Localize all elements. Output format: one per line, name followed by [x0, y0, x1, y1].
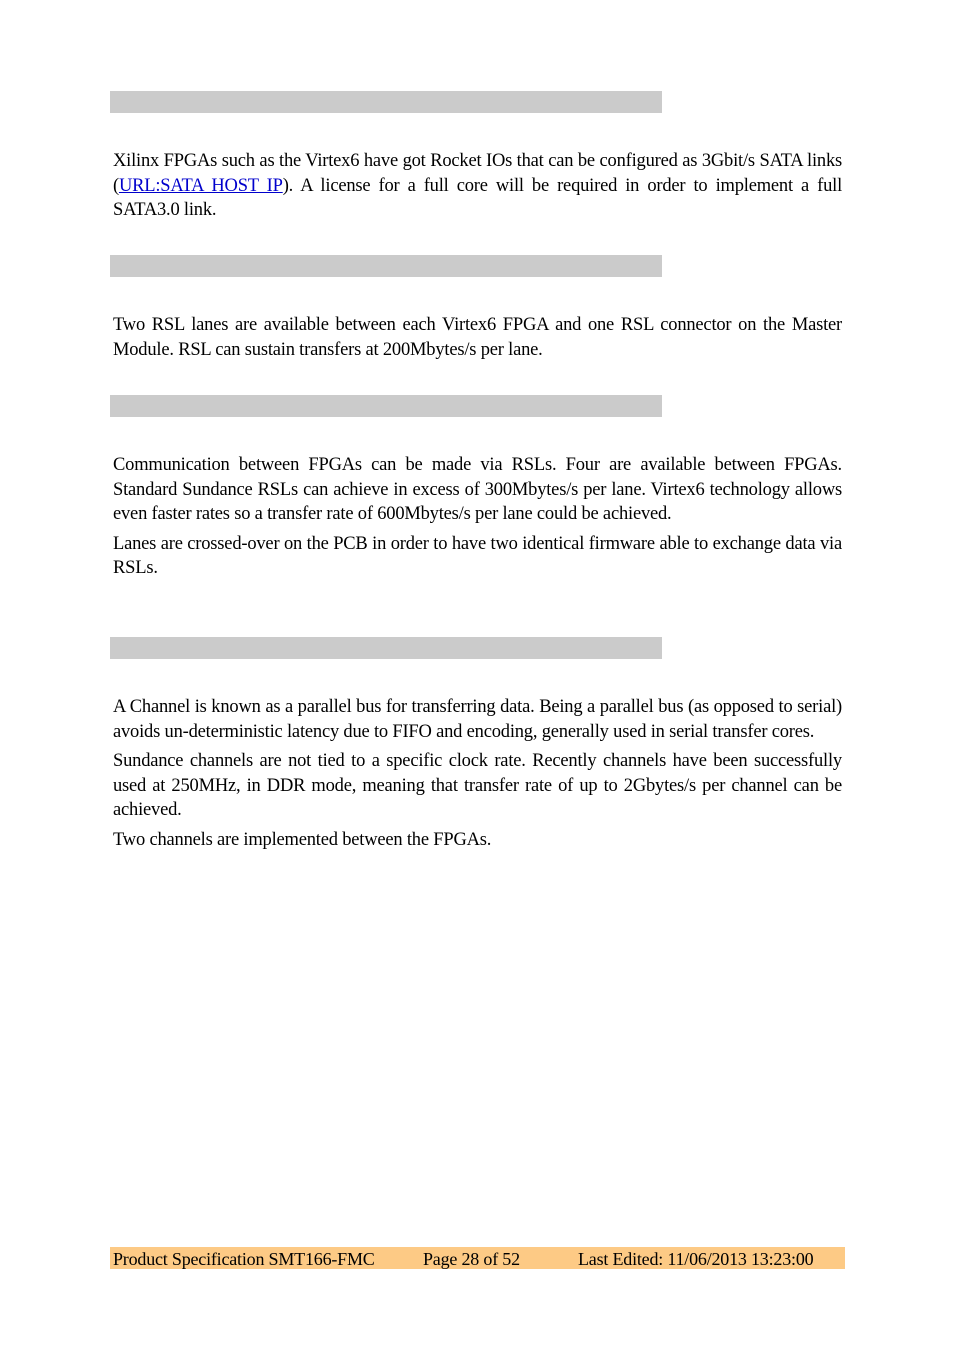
page-footer: Product Specification SMT166-FMC Page 28…	[110, 1247, 845, 1269]
paragraph: Two RSL lanes are available between each…	[113, 313, 842, 362]
paragraph: Sundance channels are not tied to a spec…	[113, 749, 842, 823]
section-heading-bar-rsl-master	[110, 255, 662, 277]
section-heading-bar-sata	[110, 91, 662, 113]
section-body-rsl-master: Two RSL lanes are available between each…	[113, 313, 842, 367]
section-body-channels: A Channel is known as a parallel bus for…	[113, 695, 842, 857]
section-heading-bar-inter-fpga-rsl	[110, 395, 662, 417]
section-body-inter-fpga-rsl: Communication between FPGAs can be made …	[113, 453, 842, 586]
paragraph: Two channels are implemented between the…	[113, 828, 842, 853]
footer-page-number: Page 28 of 52	[423, 1247, 520, 1271]
footer-document-title: Product Specification SMT166-FMC	[113, 1247, 375, 1271]
section-body-sata: Xilinx FPGAs such as the Virtex6 have go…	[113, 149, 842, 228]
paragraph: A Channel is known as a parallel bus for…	[113, 695, 842, 744]
sata-host-ip-link[interactable]: URL:SATA HOST IP	[119, 176, 283, 196]
paragraph: Xilinx FPGAs such as the Virtex6 have go…	[113, 149, 842, 223]
section-heading-bar-channels	[110, 637, 662, 659]
footer-last-edited: Last Edited: 11/06/2013 13:23:00	[578, 1247, 813, 1271]
paragraph: Communication between FPGAs can be made …	[113, 453, 842, 527]
paragraph: Lanes are crossed-over on the PCB in ord…	[113, 532, 842, 581]
